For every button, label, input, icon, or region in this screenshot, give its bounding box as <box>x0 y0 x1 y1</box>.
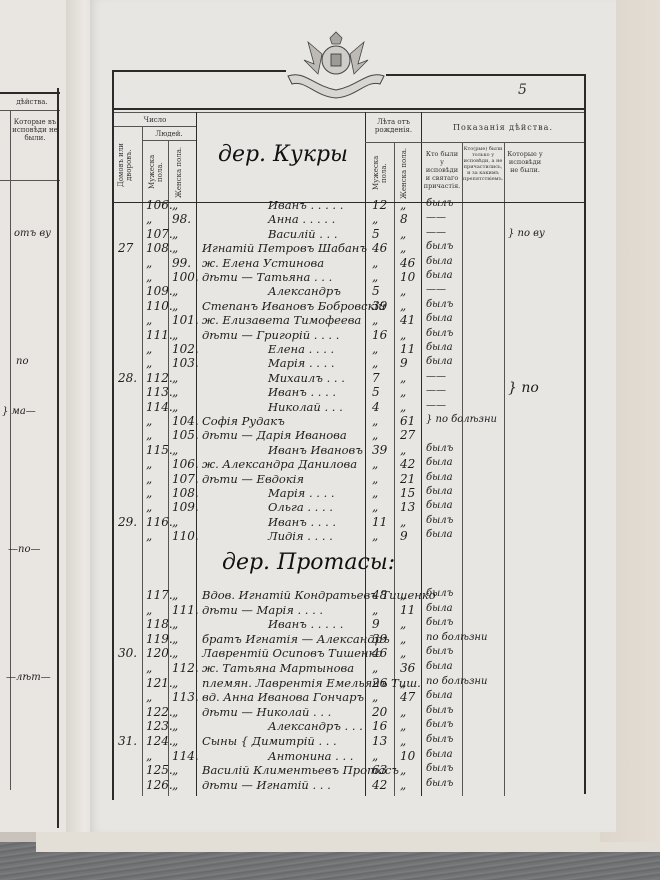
person-name: Иванъ Ивановъ <box>268 443 363 457</box>
age-male: 39 <box>372 632 387 646</box>
male-number: 117. <box>146 588 173 602</box>
age-male: 39 <box>372 443 387 457</box>
male-number: 123. <box>146 719 173 733</box>
male-number: „ <box>146 661 152 675</box>
person-name: дѣти — Татьяна . . . <box>202 270 332 284</box>
female-number: 106. <box>172 457 199 471</box>
female-number: „ <box>172 328 178 342</box>
confession-status: былъ <box>426 443 453 454</box>
age-female: 8 <box>400 212 408 226</box>
female-number: „ <box>172 241 178 255</box>
person-name: Иванъ . . . . <box>268 515 336 529</box>
age-male: „ <box>372 603 378 617</box>
village-title-protasy: дер. Протасы: <box>222 550 395 575</box>
male-number: „ <box>146 603 152 617</box>
age-female: „ <box>400 719 406 733</box>
male-number: „ <box>146 529 152 543</box>
male-number: „ <box>146 356 152 370</box>
confession-status: была <box>426 749 453 760</box>
confession-status: была <box>426 690 453 701</box>
person-name: ж. Елизавета Тимофеева <box>202 313 361 327</box>
person-name: дѣти — Григорій . . . . <box>202 328 339 342</box>
confession-status: была <box>426 472 453 483</box>
female-number: „ <box>172 719 178 733</box>
person-name: ж. Елена Устинова <box>202 256 324 270</box>
person-name: вд. Анна Иванова Гончаръ <box>202 690 364 704</box>
male-number: „ <box>146 313 152 327</box>
male-number: „ <box>146 690 152 704</box>
female-number: „ <box>172 515 178 529</box>
female-number: „ <box>172 443 178 457</box>
person-name: дѣти — Николай . . . <box>202 705 331 719</box>
female-number: 112. <box>172 661 199 675</box>
age-female: „ <box>400 198 406 212</box>
female-number: „ <box>172 763 178 777</box>
left-header-fragment: дѣйства. <box>4 98 60 106</box>
male-number: „ <box>146 500 152 514</box>
confession-status: былъ <box>426 588 453 599</box>
age-female: 11 <box>400 342 415 356</box>
confession-status: былъ <box>426 241 453 252</box>
age-female: „ <box>400 400 406 414</box>
male-number: „ <box>146 342 152 356</box>
age-male: 39 <box>372 299 387 313</box>
age-female: 10 <box>400 270 415 284</box>
person-name: Иванъ . . . . . <box>268 198 343 212</box>
age-male: „ <box>372 472 378 486</box>
male-number: 109. <box>146 284 173 298</box>
person-name: Марія . . . . <box>268 486 335 500</box>
confession-status: была <box>426 603 453 614</box>
header-pokazaniya: Показанія дѣйства. <box>422 124 584 132</box>
confession-status: } по болѣзни <box>426 414 497 425</box>
female-number: 108. <box>172 486 199 500</box>
age-male: 12 <box>372 198 387 212</box>
bracket-note: } по ву <box>508 228 545 239</box>
age-female: „ <box>400 443 406 457</box>
female-number: „ <box>172 198 178 212</box>
confession-status: была <box>426 486 453 497</box>
confession-status: былъ <box>426 719 453 730</box>
male-number: 108. <box>146 241 173 255</box>
age-female: „ <box>400 646 406 660</box>
age-male: „ <box>372 690 378 704</box>
age-female: „ <box>400 299 406 313</box>
confession-status: была <box>426 313 453 324</box>
age-female: 11 <box>400 603 415 617</box>
male-number: 116. <box>146 515 173 529</box>
male-number: 125. <box>146 763 173 777</box>
age-male: „ <box>372 212 378 226</box>
female-number: „ <box>172 385 178 399</box>
age-male: 26 <box>372 676 387 690</box>
male-number: 118. <box>146 617 173 631</box>
female-number: „ <box>172 588 178 602</box>
left-note: —по— <box>8 544 40 555</box>
village-title-kukry: дер. Кукры <box>218 142 348 167</box>
female-number: „ <box>172 676 178 690</box>
person-name: дѣти — Евдокія <box>202 472 304 486</box>
header-dvorov: Домовъ или дворовъ. <box>117 132 139 198</box>
person-name: Василій Климентьевъ Протасъ <box>202 763 399 777</box>
female-number: 104. <box>172 414 199 428</box>
age-female: 27 <box>400 428 415 442</box>
female-number: 107. <box>172 472 199 486</box>
female-number: „ <box>172 646 178 660</box>
age-female: „ <box>400 241 406 255</box>
male-number: „ <box>146 457 152 471</box>
age-female: 9 <box>400 356 408 370</box>
confession-status: была <box>426 500 453 511</box>
header-leta-male: Мужеска пола. <box>372 146 386 200</box>
age-male: „ <box>372 749 378 763</box>
header-female: Женска пола. <box>175 144 189 200</box>
age-female: „ <box>400 705 406 719</box>
male-number: 106. <box>146 198 173 212</box>
confession-status: —— <box>426 371 446 382</box>
age-female: „ <box>400 227 406 241</box>
age-male: 5 <box>372 385 380 399</box>
left-note: отъ ву <box>14 228 51 239</box>
male-number: „ <box>146 472 152 486</box>
confession-status: былъ <box>426 198 453 209</box>
person-name: Александръ <box>268 284 341 298</box>
confession-status: былъ <box>426 617 453 628</box>
house-number: 29. <box>118 515 137 529</box>
age-female: „ <box>400 328 406 342</box>
male-number: 119. <box>146 632 173 646</box>
age-male: 63 <box>372 763 387 777</box>
age-male: 46 <box>372 646 387 660</box>
confession-status: былъ <box>426 763 453 774</box>
confession-status: былъ <box>426 328 453 339</box>
person-name: ж. Александра Данилова <box>202 457 357 471</box>
age-male: 5 <box>372 284 380 298</box>
person-name: Иванъ . . . . . <box>268 617 343 631</box>
female-number: 98. <box>172 212 191 226</box>
female-number: 114. <box>172 749 199 763</box>
age-male: 16 <box>372 328 387 342</box>
age-female: „ <box>400 632 406 646</box>
age-male: „ <box>372 342 378 356</box>
left-page: дѣйства. Которые въ исповѣди не были. от… <box>0 0 67 832</box>
male-number: 107. <box>146 227 173 241</box>
confession-status: —— <box>426 284 446 295</box>
age-female: 47 <box>400 690 415 704</box>
age-male: 42 <box>372 778 387 792</box>
house-number: 30. <box>118 646 137 660</box>
age-female: 9 <box>400 529 408 543</box>
male-number: 114. <box>146 400 173 414</box>
age-male: 9 <box>372 617 380 631</box>
confession-status: —— <box>426 385 446 396</box>
female-number: 105. <box>172 428 199 442</box>
male-number: 113. <box>146 385 173 399</box>
confession-status: былъ <box>426 778 453 789</box>
female-number: 113. <box>172 690 199 704</box>
male-number: 111. <box>146 328 173 342</box>
age-male: „ <box>372 661 378 675</box>
left-note: } ма— <box>2 406 36 417</box>
confession-status: была <box>426 529 453 540</box>
age-female: 13 <box>400 500 415 514</box>
age-female: „ <box>400 676 406 690</box>
age-male: „ <box>372 500 378 514</box>
header-chislo: Число <box>114 116 196 124</box>
age-female: „ <box>400 617 406 631</box>
person-name: Софія Рудакъ <box>202 414 285 428</box>
age-male: 20 <box>372 705 387 719</box>
age-male: 5 <box>372 227 380 241</box>
female-number: „ <box>172 734 178 748</box>
male-number: 121. <box>146 676 173 690</box>
female-number: 102. <box>172 342 199 356</box>
confession-status: была <box>426 256 453 267</box>
male-number: 115. <box>146 443 173 457</box>
male-number: 126. <box>146 778 173 792</box>
person-name: Елена . . . . <box>268 342 334 356</box>
confession-status: по болѣзни <box>426 632 487 643</box>
house-number: 28. <box>118 371 137 385</box>
age-female: „ <box>400 734 406 748</box>
female-number: „ <box>172 778 178 792</box>
male-number: „ <box>146 212 152 226</box>
left-note: —лѣт— <box>6 672 51 683</box>
person-name: Лаврентій Осиповъ Тишенко <box>202 646 382 660</box>
male-number: 112. <box>146 371 173 385</box>
male-number: 124. <box>146 734 173 748</box>
person-name: Сыны { Димитрій . . . <box>202 734 337 748</box>
house-number: 31. <box>118 734 137 748</box>
female-number: „ <box>172 617 178 631</box>
female-number: „ <box>172 632 178 646</box>
double-headed-eagle-icon <box>284 30 388 100</box>
confession-status: —— <box>426 212 446 223</box>
age-female: 42 <box>400 457 415 471</box>
person-name: братъ Игнатія — Александръ <box>202 632 390 646</box>
age-female: 36 <box>400 661 415 675</box>
age-male: „ <box>372 414 378 428</box>
header-col-not-confessed: Которые у исповѣди не были. <box>505 150 545 174</box>
confession-status: была <box>426 356 453 367</box>
age-female: „ <box>400 385 406 399</box>
age-male: 46 <box>372 241 387 255</box>
age-female: 41 <box>400 313 415 327</box>
female-number: 111. <box>172 603 199 617</box>
female-number: 109. <box>172 500 199 514</box>
age-male: 13 <box>372 734 387 748</box>
female-number: „ <box>172 705 178 719</box>
age-female: 61 <box>400 414 415 428</box>
male-number: 110. <box>146 299 173 313</box>
age-female: 15 <box>400 486 415 500</box>
age-male: „ <box>372 270 378 284</box>
age-male: 48 <box>372 588 387 602</box>
person-name: Лидія . . . . <box>268 529 333 543</box>
female-number: 101. <box>172 313 199 327</box>
person-name: ж. Татьяна Мартынова <box>202 661 354 675</box>
header-lyudey: Людей. <box>142 130 196 138</box>
person-name: дѣти — Игнатій . . . <box>202 778 331 792</box>
male-number: „ <box>146 414 152 428</box>
age-male: „ <box>372 486 378 500</box>
age-male: „ <box>372 529 378 543</box>
left-col-header: Которые въ исповѣди не были. <box>12 118 58 142</box>
header-leta-female: Женска пола. <box>400 146 414 200</box>
age-female: „ <box>400 763 406 777</box>
confession-status: по болѣзни <box>426 676 487 687</box>
age-female: „ <box>400 515 406 529</box>
male-number: „ <box>146 428 152 442</box>
confession-status: была <box>426 661 453 672</box>
person-name: Александръ . . . <box>268 719 363 733</box>
house-number: 27 <box>118 241 133 255</box>
age-male: 16 <box>372 719 387 733</box>
age-female: „ <box>400 284 406 298</box>
header-col-confessed: Кто были у исповѣди и святаго причастія. <box>423 150 461 190</box>
bracket-note: } по <box>508 380 539 396</box>
female-number: 99. <box>172 256 191 270</box>
left-note: по <box>16 356 28 367</box>
person-name: дѣти — Дарія Иванова <box>202 428 347 442</box>
confession-status: былъ <box>426 515 453 526</box>
person-name: Михаилъ . . . <box>268 371 345 385</box>
age-male: 4 <box>372 400 380 414</box>
male-number: „ <box>146 256 152 270</box>
person-name: Антонина . . . <box>268 749 353 763</box>
confession-status: былъ <box>426 299 453 310</box>
female-number: „ <box>172 371 178 385</box>
confession-status: была <box>426 457 453 468</box>
female-number: 100. <box>172 270 199 284</box>
age-female: 10 <box>400 749 415 763</box>
confession-status: —— <box>426 227 446 238</box>
person-name: Иванъ . . . . <box>268 385 336 399</box>
male-number: „ <box>146 486 152 500</box>
age-female: „ <box>400 588 406 602</box>
confession-status: былъ <box>426 646 453 657</box>
person-name: Степанъ Ивановъ Бобровскій <box>202 299 386 313</box>
age-female: „ <box>400 778 406 792</box>
age-male: „ <box>372 256 378 270</box>
header-male: Мужеска пола. <box>148 144 162 200</box>
female-number: „ <box>172 284 178 298</box>
female-number: „ <box>172 400 178 414</box>
person-name: Ольга . . . . <box>268 500 333 514</box>
person-name: Анна . . . . . <box>268 212 335 226</box>
age-male: „ <box>372 428 378 442</box>
person-name: Василій . . . <box>268 227 338 241</box>
age-female: 21 <box>400 472 415 486</box>
age-female: 46 <box>400 256 415 270</box>
person-name: племян. Лаврентія Емельянъ Тиш. <box>202 676 421 690</box>
confession-status: былъ <box>426 705 453 716</box>
male-number: „ <box>146 749 152 763</box>
header-leta: Лѣта отъ рожденія. <box>366 118 421 134</box>
age-male: „ <box>372 457 378 471</box>
male-number: „ <box>146 270 152 284</box>
female-number: 103. <box>172 356 199 370</box>
confession-status: —— <box>426 400 446 411</box>
age-male: 11 <box>372 515 387 529</box>
female-number: „ <box>172 227 178 241</box>
header-col-confessed-only: Кто(рые) были только у исповѣди, а не пр… <box>463 146 503 182</box>
person-name: Марія . . . . <box>268 356 335 370</box>
male-number: 122. <box>146 705 173 719</box>
male-number: 120. <box>146 646 173 660</box>
person-name: Николай . . . <box>268 400 343 414</box>
age-male: 7 <box>372 371 380 385</box>
confession-status: была <box>426 270 453 281</box>
female-number: 110. <box>172 529 199 543</box>
page-number: 5 <box>518 82 527 98</box>
confession-status: былъ <box>426 734 453 745</box>
age-male: „ <box>372 313 378 327</box>
person-name: дѣти — Марія . . . . <box>202 603 323 617</box>
age-female: „ <box>400 371 406 385</box>
female-number: „ <box>172 299 178 313</box>
person-name: Игнатій Петровъ Шабанъ <box>202 241 367 255</box>
confession-status: была <box>426 342 453 353</box>
age-male: „ <box>372 356 378 370</box>
